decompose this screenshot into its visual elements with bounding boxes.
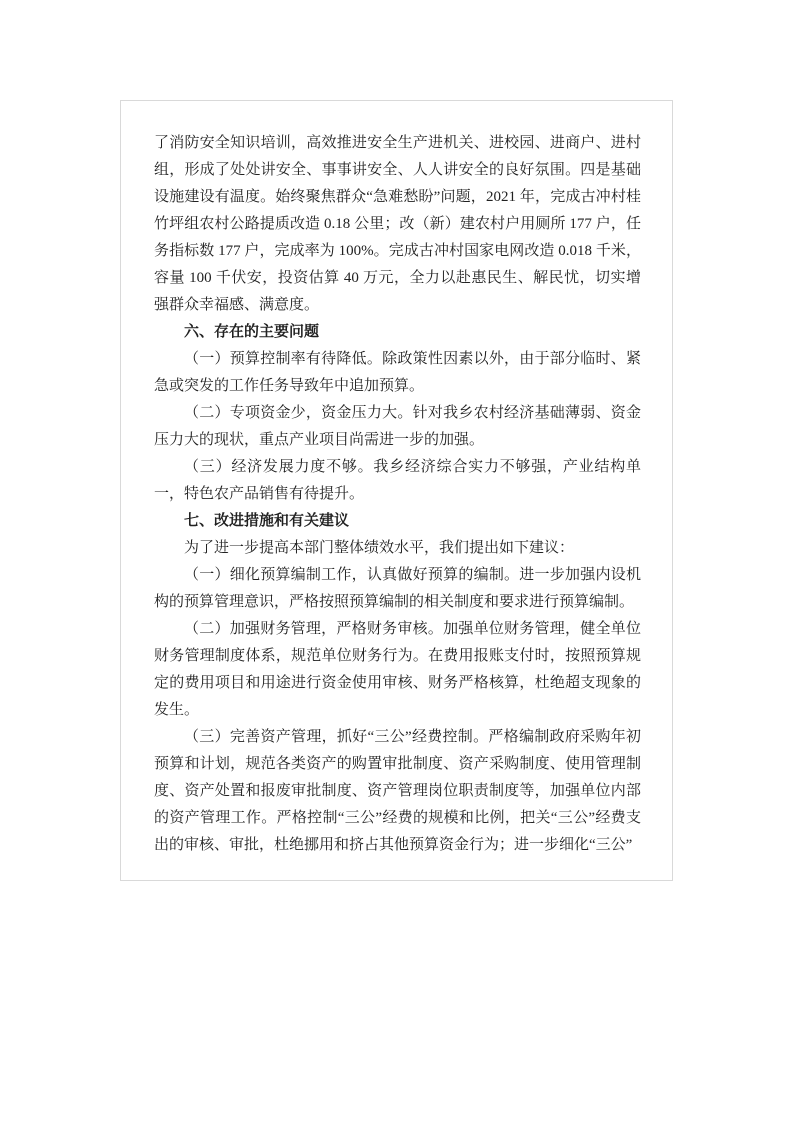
body-paragraph: （一）预算控制率有待降低。除政策性因素以外，由于部分临时、紧急或突发的工作任务导…	[154, 346, 641, 400]
body-paragraph: 了消防安全知识培训，高效推进安全生产进机关、进校园、进商户、进村组，形成了处处讲…	[154, 130, 641, 319]
body-paragraph: （二）加强财务管理，严格财务审核。加强单位财务管理，健全单位财务管理制度体系，规…	[154, 616, 641, 724]
body-paragraph: 为了进一步提高本部门整体绩效水平，我们提出如下建议：	[154, 535, 641, 562]
section-heading: 七、改进措施和有关建议	[154, 508, 641, 535]
body-paragraph: （三）经济发展力度不够。我乡经济综合实力不够强，产业结构单一，特色农产品销售有待…	[154, 454, 641, 508]
section-heading: 六、存在的主要问题	[154, 319, 641, 346]
body-paragraph: （三）完善资产管理，抓好“三公”经费控制。严格编制政府采购年初预算和计划，规范各…	[154, 724, 641, 859]
viewer-background: 了消防安全知识培训，高效推进安全生产进机关、进校园、进商户、进村组，形成了处处讲…	[0, 0, 793, 1122]
document-page: 了消防安全知识培训，高效推进安全生产进机关、进校园、进商户、进村组，形成了处处讲…	[120, 100, 673, 881]
body-paragraph: （二）专项资金少，资金压力大。针对我乡农村经济基础薄弱、资金压力大的现状，重点产…	[154, 400, 641, 454]
body-paragraph: （一）细化预算编制工作，认真做好预算的编制。进一步加强内设机构的预算管理意识，严…	[154, 562, 641, 616]
document-content: 了消防安全知识培训，高效推进安全生产进机关、进校园、进商户、进村组，形成了处处讲…	[154, 130, 641, 859]
